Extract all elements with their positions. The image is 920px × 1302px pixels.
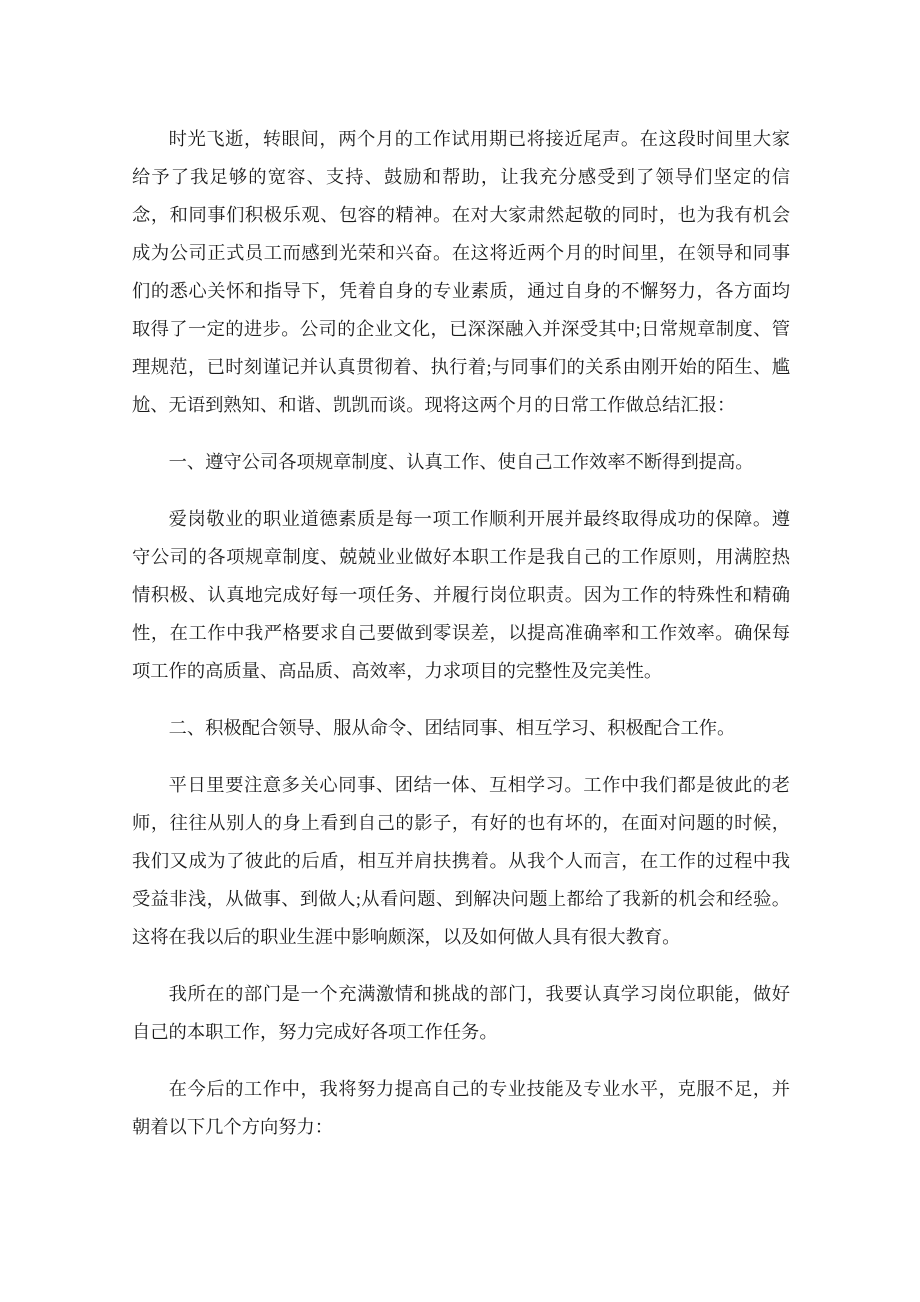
- paragraph-section-1-body: 爱岗敬业的职业道德素质是每一项工作顺利开展并最终取得成功的保障。遵守公司的各项规…: [132, 500, 790, 690]
- section-heading-1: 一、遵守公司各项规章制度、认真工作、使自己工作效率不断得到提高。: [132, 443, 790, 481]
- document-page: 时光飞逝，转眼间，两个月的工作试用期已将接近尾声。在这段时间里大家给予了我足够的…: [0, 0, 920, 1302]
- paragraph-intro: 时光飞逝，转眼间，两个月的工作试用期已将接近尾声。在这段时间里大家给予了我足够的…: [132, 120, 790, 424]
- paragraph-section-2-body: 平日里要注意多关心同事、团结一体、互相学习。工作中我们都是彼此的老师，往往从别人…: [132, 766, 790, 956]
- document-body: 时光飞逝，转眼间，两个月的工作试用期已将接近尾声。在这段时间里大家给予了我足够的…: [132, 120, 790, 1146]
- section-heading-2: 二、积极配合领导、服从命令、团结同事、相互学习、积极配合工作。: [132, 709, 790, 747]
- paragraph-future-plan: 在今后的工作中，我将努力提高自己的专业技能及专业水平，克服不足，并朝着以下几个方…: [132, 1070, 790, 1146]
- paragraph-department: 我所在的部门是一个充满激情和挑战的部门，我要认真学习岗位职能，做好自己的本职工作…: [132, 975, 790, 1051]
